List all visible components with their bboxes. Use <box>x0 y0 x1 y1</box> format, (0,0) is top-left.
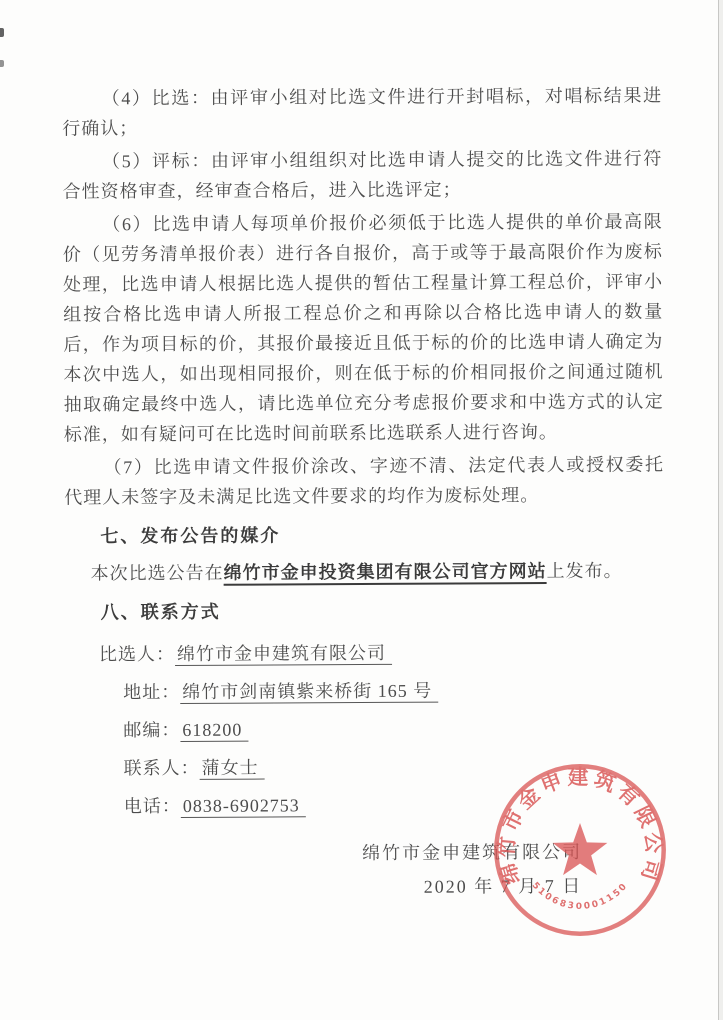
scan-smudge <box>0 28 4 37</box>
contact-value: 618200 <box>180 720 248 742</box>
paragraph-7: （7）比选申请文件报价涂改、字迹不清、法定代表人或授权委托代理人未签字及未满足比… <box>64 449 664 512</box>
contact-label: 电话： <box>124 796 181 816</box>
scan-smudge <box>0 60 4 67</box>
signature-company: 绵竹市金申建筑有限公司 <box>66 837 582 870</box>
scan-edge-line <box>718 0 719 1020</box>
contact-row-zipcode: 邮编：618200 <box>65 708 665 749</box>
section-heading-contact: 八、联系方式 <box>65 594 665 627</box>
publish-statement-suffix: 上发布。 <box>547 561 623 581</box>
contact-label: 地址： <box>123 682 180 702</box>
contact-value: 蒲女士 <box>200 758 265 780</box>
contact-label: 邮编： <box>123 720 180 740</box>
contact-row-phone: 电话：0838-6902753 <box>66 784 666 825</box>
scan-edge-strip <box>719 0 723 1020</box>
section-heading-media: 七、发布公告的媒介 <box>64 518 664 551</box>
signature-block: 绵竹市金申建筑有限公司 2020 年 7 月 7 日 <box>66 836 666 903</box>
document-content: （4）比选：由评审小组对比选文件进行开封唱标，对唱标结果进行确认； （5）评标：… <box>62 80 666 903</box>
contact-value: 绵竹市剑南镇紫来桥街 165 号 <box>180 681 438 704</box>
contact-value: 绵竹市金申建筑有限公司 <box>175 643 392 666</box>
contact-label: 比选人： <box>99 644 175 664</box>
publish-website-name: 绵竹市金申投资集团有限公司官方网站 <box>224 561 547 586</box>
publish-statement: 本次比选公告在绵竹市金申投资集团有限公司官方网站上发布。 <box>64 555 664 588</box>
contact-row-address: 地址：绵竹市剑南镇紫来桥街 165 号 <box>65 670 665 711</box>
contact-value: 0838-6902753 <box>181 795 306 818</box>
document-page: （4）比选：由评审小组对比选文件进行开封唱标，对唱标结果进行确认； （5）评标：… <box>0 0 723 1020</box>
paragraph-4: （4）比选：由评审小组对比选文件进行开封唱标，对唱标结果进行确认； <box>62 80 662 143</box>
contact-row-bidder: 比选人：绵竹市金申建筑有限公司 <box>65 632 665 673</box>
paragraph-5: （5）评标：由评审小组组织对比选申请人提交的比选文件进行符合性资格审查，经审查合… <box>62 143 662 206</box>
contact-list: 比选人：绵竹市金申建筑有限公司 地址：绵竹市剑南镇紫来桥街 165 号 邮编：6… <box>65 632 666 825</box>
contact-label: 联系人： <box>124 758 200 778</box>
contact-row-person: 联系人：蒲女士 <box>65 746 665 787</box>
paragraph-6: （6）比选申请人每项单价报价必须低于比选人提供的单价最高限价（见劳务清单报价表）… <box>63 206 664 449</box>
publish-statement-prefix: 本次比选公告在 <box>91 563 224 584</box>
signature-date: 2020 年 7 月 7 日 <box>66 871 582 904</box>
